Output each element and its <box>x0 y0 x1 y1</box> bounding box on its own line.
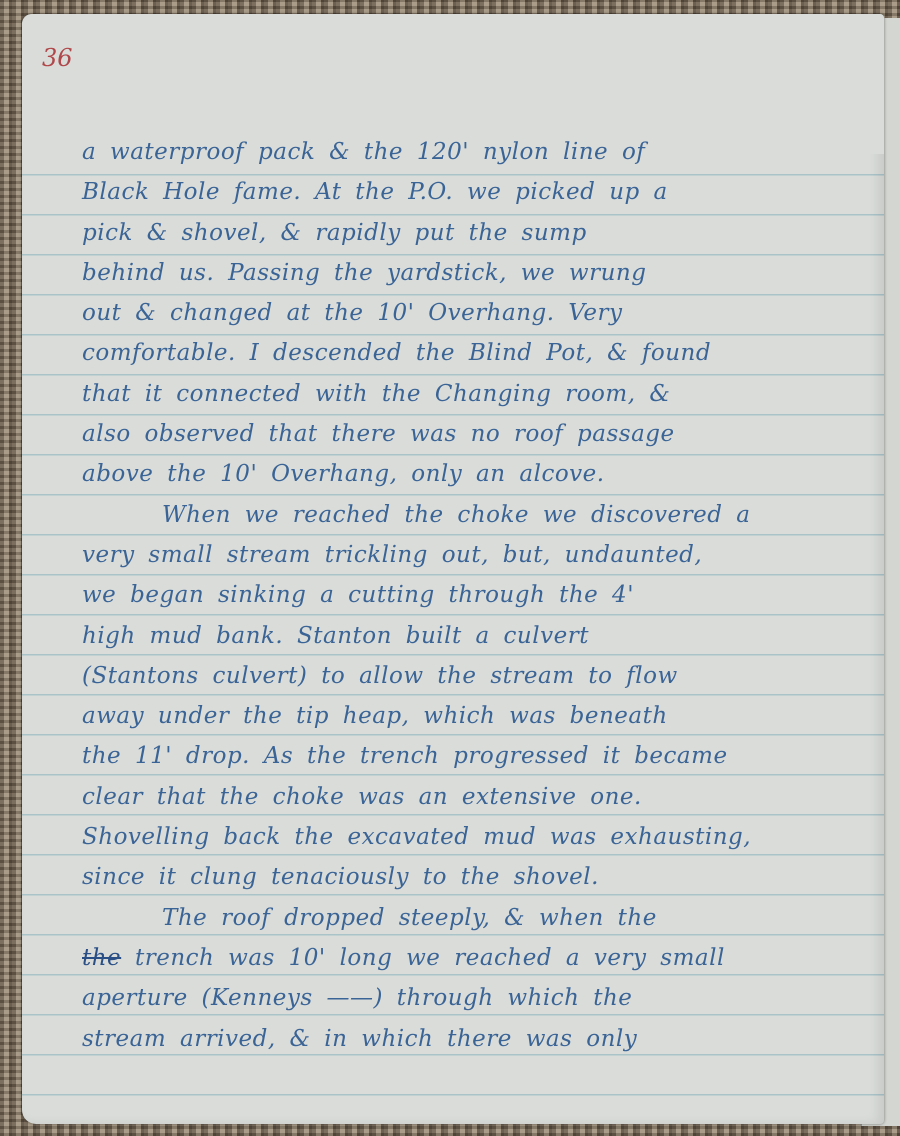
line-text: aperture (Kenneys ——) through which the <box>82 985 632 1011</box>
text-line: stream arrived, & in which there was onl… <box>82 1019 862 1059</box>
text-line: Black Hole fame. At the P.O. we picked u… <box>82 172 862 212</box>
line-text: stream arrived, & in which there was onl… <box>82 1026 637 1052</box>
text-line: out & changed at the 10' Overhang. Very <box>82 293 862 333</box>
text-line: behind us. Passing the yardstick, we wru… <box>82 253 862 293</box>
text-line: above the 10' Overhang, only an alcove. <box>82 454 862 494</box>
text-line: aperture (Kenneys ——) through which the <box>82 978 862 1018</box>
struck-out-word: the <box>82 945 121 971</box>
line-text: trench was 10' long we reached a very sm… <box>135 945 725 971</box>
text-line: pick & shovel, & rapidly put the sump <box>82 213 862 253</box>
text-line: away under the tip heap, which was benea… <box>82 696 862 736</box>
line-text: we began sinking a cutting through the 4… <box>82 582 634 608</box>
line-text: (Stantons culvert) to allow the stream t… <box>82 663 678 689</box>
line-text: comfortable. I descended the Blind Pot, … <box>82 340 711 366</box>
text-line: Shovelling back the excavated mud was ex… <box>82 817 862 857</box>
text-line: the 11' drop. As the trench progressed i… <box>82 736 862 776</box>
line-text: pick & shovel, & rapidly put the sump <box>82 220 587 246</box>
line-text: also observed that there was no roof pas… <box>82 421 675 447</box>
text-line: we began sinking a cutting through the 4… <box>82 575 862 615</box>
text-line: the trench was 10' long we reached a ver… <box>82 938 862 978</box>
notebook-page: 36 a waterproof pack & the 120' nylon li… <box>22 14 884 1124</box>
text-line: comfortable. I descended the Blind Pot, … <box>82 333 862 373</box>
text-line: since it clung tenaciously to the shovel… <box>82 857 862 897</box>
line-text: Black Hole fame. At the P.O. we picked u… <box>82 179 668 205</box>
text-line: The roof dropped steeply, & when the <box>82 898 862 938</box>
text-line: When we reached the choke we discovered … <box>82 495 862 535</box>
line-text: out & changed at the 10' Overhang. Very <box>82 300 622 326</box>
line-text: Shovelling back the excavated mud was ex… <box>82 824 751 850</box>
text-line: that it connected with the Changing room… <box>82 374 862 414</box>
line-text: high mud bank. Stanton built a culvert <box>82 623 589 649</box>
text-line: (Stantons culvert) to allow the stream t… <box>82 656 862 696</box>
line-text: The roof dropped steeply, & when the <box>162 905 657 931</box>
line-text: the 11' drop. As the trench progressed i… <box>82 743 728 769</box>
line-text: a waterproof pack & the 120' nylon line … <box>82 139 645 165</box>
line-text: away under the tip heap, which was benea… <box>82 703 668 729</box>
line-text: very small stream trickling out, but, un… <box>82 542 702 568</box>
text-line: a waterproof pack & the 120' nylon line … <box>82 132 862 172</box>
text-line: clear that the choke was an extensive on… <box>82 777 862 817</box>
line-text: clear that the choke was an extensive on… <box>82 784 642 810</box>
line-text: that it connected with the Changing room… <box>82 381 670 407</box>
handwritten-text: a waterproof pack & the 120' nylon line … <box>82 132 862 1059</box>
line-text: behind us. Passing the yardstick, we wru… <box>82 260 646 286</box>
line-text: above the 10' Overhang, only an alcove. <box>82 461 605 487</box>
line-text: since it clung tenaciously to the shovel… <box>82 864 599 890</box>
text-line: high mud bank. Stanton built a culvert <box>82 616 862 656</box>
text-line: also observed that there was no roof pas… <box>82 414 862 454</box>
line-text: When we reached the choke we discovered … <box>162 502 751 528</box>
text-line: very small stream trickling out, but, un… <box>82 535 862 575</box>
page-number: 36 <box>42 44 73 72</box>
